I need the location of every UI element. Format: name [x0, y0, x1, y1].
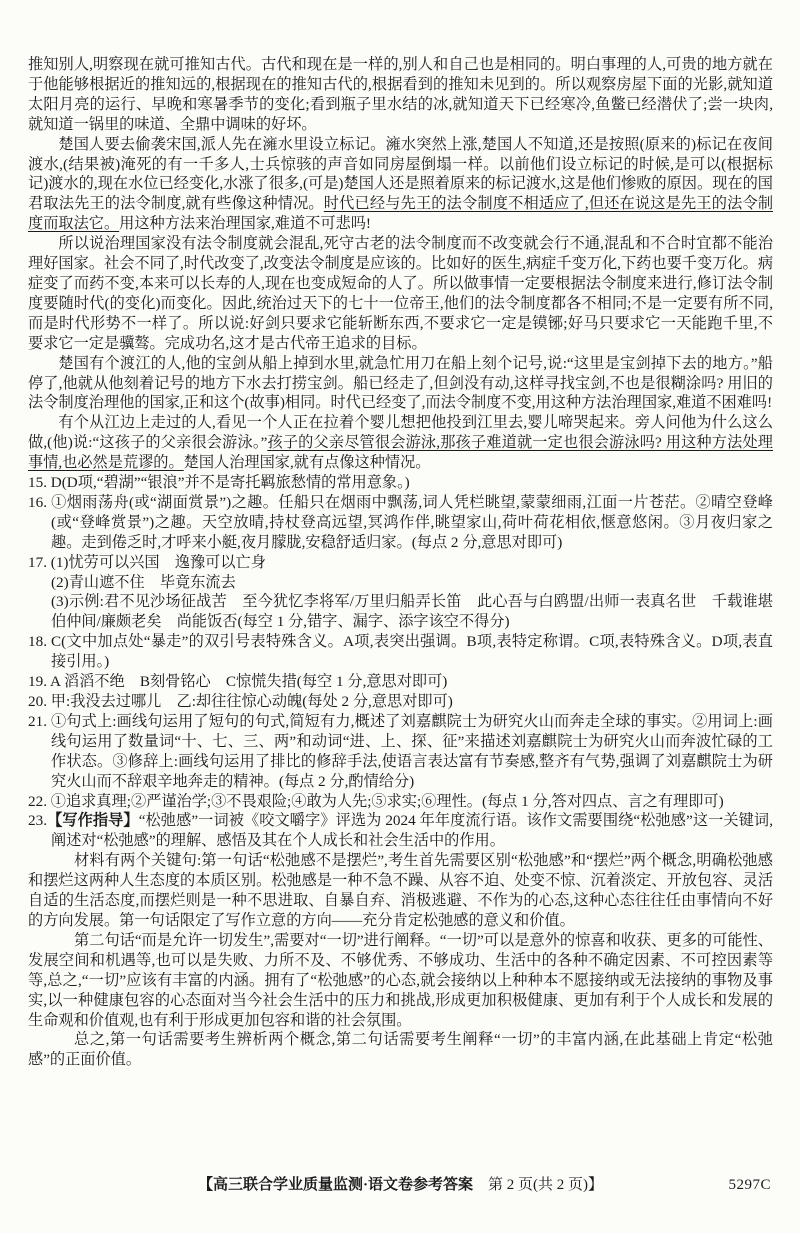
translation-paragraph-5: 有个从江边上走过的人,看见一个人正在拉着个婴儿想把他投到江里去,婴儿啼哭起来。旁…	[28, 413, 773, 473]
answer-18: 18. C(文中加点处“暴走”的双引号表特殊含义。A项,表突出强调。B项,表特定…	[28, 632, 773, 672]
answer-line-3: (3)示例:君不见沙场征战苦 至今犹忆李将军/万里归船弄长笛 此心吾与白鸥盟/出…	[51, 593, 773, 630]
answer-text: “松弛感”一词被《咬文嚼字》评选为 2024 年年度流行语。该作文需要围绕“松弛…	[51, 812, 773, 849]
answer-22: 22. ①追求真理;②严谨治学;③不畏艰险;④敢为人先;⑤求实;⑥理性。(每点 …	[28, 792, 773, 812]
translation-paragraph-3: 所以说治理国家没有法令制度就会混乱,死守古老的法令制度而不改变就会行不通,混乱和…	[28, 234, 773, 353]
answer-text: ①追求真理;②严谨治学;③不畏艰险;④敢为人先;⑤求实;⑥理性。(每点 1 分,…	[51, 793, 724, 810]
text-segment: 楚国人治理国家,就有点像这种情况。	[184, 454, 431, 471]
exam-title: 【高三联合学业质量监测·语文卷参考答案	[198, 1177, 473, 1193]
scanned-answer-sheet-page: 推知别人,明察现在就可推知古代。古代和现在是一样的,别人和自己也是相同的。明白事…	[0, 0, 800, 1233]
answer-20: 20. 甲:我没去过哪儿 乙:却往往惊心动魄(每处 2 分,意思对即可)	[28, 692, 773, 712]
footer-title-line: 【高三联合学业质量监测·语文卷参考答案 第 2 页(共 2 页)】	[28, 1176, 773, 1194]
answer-23-analysis-2: 第二句话“而是允许一切发生”,需要对“一切”进行阐释。“一切”可以是意外的惊喜和…	[28, 931, 773, 1031]
translation-paragraph-4: 楚国有个渡江的人,他的宝剑从船上掉到水里,就急忙用刀在船上刻个记号,说:“这里是…	[28, 354, 773, 414]
page-footer: 【高三联合学业质量监测·语文卷参考答案 第 2 页(共 2 页)】 5297C	[28, 1176, 773, 1194]
question-number: 22.	[28, 793, 51, 810]
answer-line-2: (2)青山遮不住 毕竟东流去	[51, 574, 236, 591]
answer-text: D(D项,“碧湖”“银浪”并不是寄托羁旅愁情的常用意象。)	[51, 474, 410, 491]
answer-16: 16. ①烟雨荡舟(或“湖面赏景”)之趣。任船只在烟雨中飘荡,词人凭栏眺望,蒙蒙…	[28, 493, 773, 553]
question-number: 19.	[28, 673, 50, 690]
question-number: 21.	[28, 713, 51, 730]
answer-21: 21. ①句式上:画线句运用了短句的句式,简短有力,概述了刘嘉麒院士为研究火山而…	[28, 712, 773, 792]
translation-paragraph-2: 楚国人要去偷袭宋国,派人先在澭水里设立标记。澭水突然上涨,楚国人不知道,还是按照…	[28, 135, 773, 235]
answer-text: A 滔滔不绝 B刻骨铭心 C惊慌失措(每空 1 分,意思对即可)	[50, 673, 447, 690]
answer-23-header: 23.【写作指导】“松弛感”一词被《咬文嚼字》评选为 2024 年年度流行语。该…	[28, 811, 773, 851]
paper-code: 5297C	[728, 1176, 771, 1194]
answer-text: 甲:我没去过哪儿 乙:却往往惊心动魄(每处 2 分,意思对即可)	[51, 693, 453, 710]
answer-text: ①句式上:画线句运用了短句的句式,简短有力,概述了刘嘉麒院士为研究火山而奔走全球…	[51, 713, 773, 790]
translation-paragraph-1: 推知别人,明察现在就可推知古代。古代和现在是一样的,别人和自己也是相同的。明白事…	[28, 55, 773, 135]
answer-23-analysis-3: 总之,第一句话需要考生辨析两个概念,第二句话需要考生阐释“一切”的丰富内涵,在此…	[28, 1030, 773, 1070]
question-number: 16.	[28, 494, 51, 511]
answer-line-1: (1)忧劳可以兴国 逸豫可以亡身	[51, 554, 266, 571]
question-number: 17.	[28, 554, 51, 571]
text-segment: 用这种方法来治理国家,难道不可悲吗!	[119, 215, 371, 232]
question-number: 15.	[28, 474, 51, 491]
question-number: 23.	[28, 812, 47, 829]
answer-text: ①烟雨荡舟(或“湖面赏景”)之趣。任船只在烟雨中飘荡,词人凭栏眺望,蒙蒙细雨,江…	[51, 494, 773, 551]
answer-19: 19. A 滔滔不绝 B刻骨铭心 C惊慌失措(每空 1 分,意思对即可)	[28, 672, 773, 692]
answer-15: 15. D(D项,“碧湖”“银浪”并不是寄托羁旅愁情的常用意象。)	[28, 473, 773, 493]
answer-23-analysis-1: 材料有两个关键句:第一句话“松弛感不是摆烂”,考生首先需要区别“松弛感”和“摆烂…	[28, 851, 773, 931]
question-number: 18.	[28, 633, 51, 650]
document-body: 推知别人,明察现在就可推知古代。古代和现在是一样的,别人和自己也是相同的。明白事…	[28, 55, 773, 1070]
page-number: 第 2 页(共 2 页)】	[473, 1177, 603, 1193]
writing-guide-label: 【写作指导】	[47, 812, 139, 829]
question-number: 20.	[28, 693, 51, 710]
answer-text: C(文中加点处“暴走”的双引号表特殊含义。A项,表突出强调。B项,表特定称谓。C…	[51, 633, 773, 670]
answer-17: 17. (1)忧劳可以兴国 逸豫可以亡身(2)青山遮不住 毕竟东流去(3)示例:…	[28, 553, 773, 633]
